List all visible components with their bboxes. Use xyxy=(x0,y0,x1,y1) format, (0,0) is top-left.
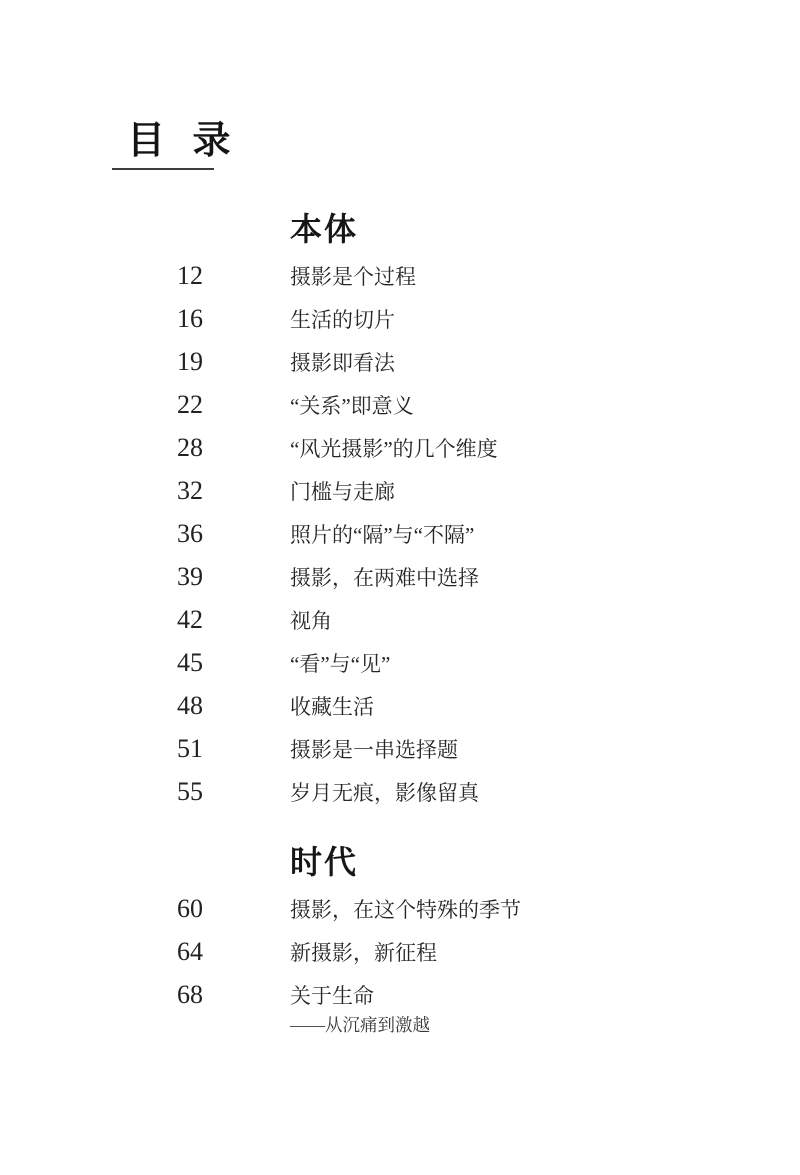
toc-entry: 60 摄影，在这个特殊的季节 xyxy=(0,897,800,922)
toc-section: 时代 60 摄影，在这个特殊的季节 64 新摄影，新征程 68 关于生命 ——从… xyxy=(0,843,800,1054)
entry-title: 视角 xyxy=(290,609,332,633)
entry-title-wrap: 视角 xyxy=(290,609,332,633)
entry-title: 摄影是一串选择题 xyxy=(290,738,458,762)
entry-title-wrap: 照片的“隔”与“不隔” xyxy=(290,523,474,547)
entry-page-number: 51 xyxy=(177,737,290,761)
toc-list: 本体 12 摄影是个过程 16 生活的切片 19 摄影即看法 22 “关系”即意… xyxy=(0,210,800,1054)
toc-entry: 64 新摄影，新征程 xyxy=(0,940,800,965)
entry-page-number: 45 xyxy=(177,651,290,675)
toc-entry: 19 摄影即看法 xyxy=(0,350,800,375)
toc-entry: 16 生活的切片 xyxy=(0,307,800,332)
entry-page-number: 28 xyxy=(177,436,290,460)
section-heading: 时代 xyxy=(0,843,800,881)
toc-entry: 51 摄影是一串选择题 xyxy=(0,737,800,762)
entry-title-wrap: 摄影，在两难中选择 xyxy=(290,566,479,590)
entry-title: 摄影是个过程 xyxy=(290,265,416,289)
entry-title: 摄影即看法 xyxy=(290,351,395,375)
section-heading: 本体 xyxy=(0,210,800,248)
entry-page-number: 22 xyxy=(177,393,290,417)
entry-title: 收藏生活 xyxy=(290,695,374,719)
entry-page-number: 39 xyxy=(177,565,290,589)
entry-title: 生活的切片 xyxy=(290,308,395,332)
entry-title-wrap: “关系”即意义 xyxy=(290,394,414,418)
entry-page-number: 36 xyxy=(177,522,290,546)
entry-title-wrap: 摄影是一串选择题 xyxy=(290,738,458,762)
title-underline xyxy=(112,168,214,170)
entry-title-wrap: “看”与“见” xyxy=(290,652,390,676)
entry-title-wrap: 岁月无痕，影像留真 xyxy=(290,781,479,805)
entry-title-wrap: 门槛与走廊 xyxy=(290,480,395,504)
entry-title-wrap: 关于生命 ——从沉痛到激越 xyxy=(290,984,430,1036)
section-entries: 60 摄影，在这个特殊的季节 64 新摄影，新征程 68 关于生命 ——从沉痛到… xyxy=(0,897,800,1036)
entry-title-wrap: “风光摄影”的几个维度 xyxy=(290,437,498,461)
entry-title: “看”与“见” xyxy=(290,652,390,676)
entry-title: 新摄影，新征程 xyxy=(290,941,437,965)
entry-title: 岁月无痕，影像留真 xyxy=(290,781,479,805)
toc-entry: 28 “风光摄影”的几个维度 xyxy=(0,436,800,461)
entry-title-wrap: 收藏生活 xyxy=(290,695,374,719)
entry-page-number: 68 xyxy=(177,983,290,1007)
entry-title: 照片的“隔”与“不隔” xyxy=(290,523,474,547)
entry-title: 门槛与走廊 xyxy=(290,480,395,504)
toc-entry: 36 照片的“隔”与“不隔” xyxy=(0,522,800,547)
entry-page-number: 32 xyxy=(177,479,290,503)
toc-section: 本体 12 摄影是个过程 16 生活的切片 19 摄影即看法 22 “关系”即意… xyxy=(0,210,800,823)
toc-entry: 55 岁月无痕，影像留真 xyxy=(0,780,800,805)
entry-title-wrap: 新摄影，新征程 xyxy=(290,941,437,965)
toc-page: 目 录 本体 12 摄影是个过程 16 生活的切片 19 摄影即看法 22 “关… xyxy=(0,0,800,1175)
toc-entry: 39 摄影，在两难中选择 xyxy=(0,565,800,590)
entry-page-number: 55 xyxy=(177,780,290,804)
toc-entry: 12 摄影是个过程 xyxy=(0,264,800,289)
toc-entry: 42 视角 xyxy=(0,608,800,633)
entry-title-wrap: 摄影，在这个特殊的季节 xyxy=(290,898,521,922)
toc-entry: 32 门槛与走廊 xyxy=(0,479,800,504)
entry-title: 摄影，在这个特殊的季节 xyxy=(290,898,521,922)
entry-title: 关于生命 xyxy=(290,984,430,1008)
entry-title: “关系”即意义 xyxy=(290,394,414,418)
toc-entry: 22 “关系”即意义 xyxy=(0,393,800,418)
entry-page-number: 64 xyxy=(177,940,290,964)
toc-entry: 68 关于生命 ——从沉痛到激越 xyxy=(0,983,800,1036)
entry-title: “风光摄影”的几个维度 xyxy=(290,437,498,461)
page-title-block: 目 录 xyxy=(112,120,231,170)
toc-entry: 45 “看”与“见” xyxy=(0,651,800,676)
entry-page-number: 42 xyxy=(177,608,290,632)
entry-page-number: 60 xyxy=(177,897,290,921)
entry-title: 摄影，在两难中选择 xyxy=(290,566,479,590)
entry-page-number: 48 xyxy=(177,694,290,718)
entry-page-number: 19 xyxy=(177,350,290,374)
entry-title-wrap: 摄影即看法 xyxy=(290,351,395,375)
entry-title-wrap: 生活的切片 xyxy=(290,308,395,332)
entry-subtitle: ——从沉痛到激越 xyxy=(290,1014,430,1036)
section-entries: 12 摄影是个过程 16 生活的切片 19 摄影即看法 22 “关系”即意义 2… xyxy=(0,264,800,805)
entry-page-number: 12 xyxy=(177,264,290,288)
entry-page-number: 16 xyxy=(177,307,290,331)
page-title: 目 录 xyxy=(112,120,231,162)
entry-title-wrap: 摄影是个过程 xyxy=(290,265,416,289)
toc-entry: 48 收藏生活 xyxy=(0,694,800,719)
